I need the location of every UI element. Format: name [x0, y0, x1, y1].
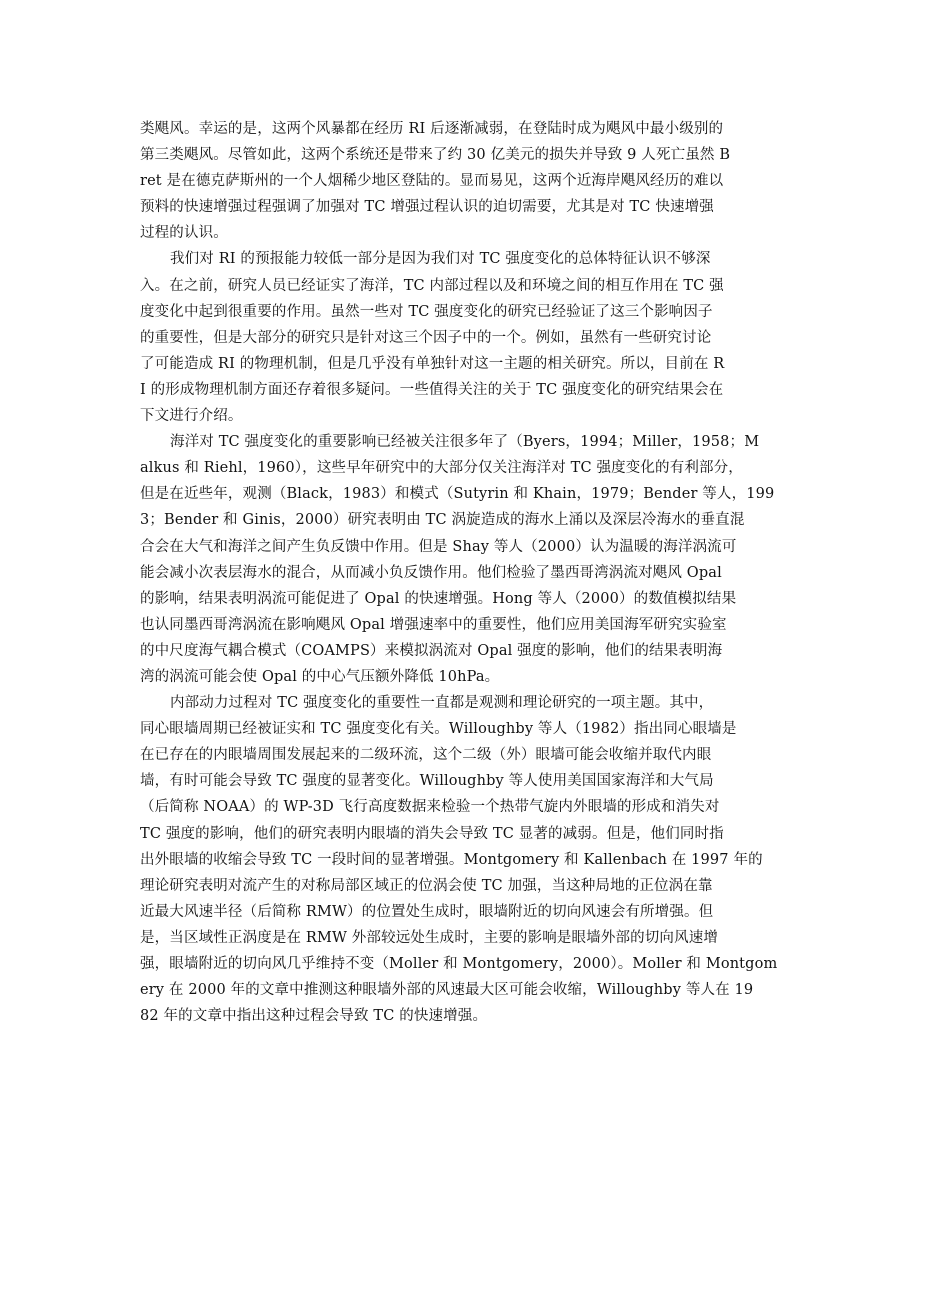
text-line: 的中尺度海气耦合模式（COAMPS）来模拟涡流对 Opal 强度的影响，他们的结…: [140, 638, 790, 664]
text-line: 理论研究表明对流产生的对称局部区域正的位涡会使 TC 加强，当这种局地的正位涡在…: [140, 873, 790, 899]
text-line: 墙，有时可能会导致 TC 强度的显著变化。Willoughby 等人使用美国国家…: [140, 768, 790, 794]
text-line: 度变化中起到很重要的作用。虽然一些对 TC 强度变化的研究已经验证了这三个影响因…: [140, 299, 790, 325]
text-line: 湾的涡流可能会使 Opal 的中心气压额外降低 10hPa。: [140, 664, 790, 690]
text-line: 下文进行介绍。: [140, 403, 790, 429]
text-line: 了可能造成 RI 的物理机制，但是几乎没有单独针对这一主题的相关研究。所以，目前…: [140, 351, 790, 377]
paragraph-internal-dynamics: 内部动力过程对 TC 强度变化的重要性一直都是观测和理论研究的一项主题。其中， …: [140, 690, 790, 1029]
text-line: 内部动力过程对 TC 强度变化的重要性一直都是观测和理论研究的一项主题。其中，: [140, 690, 790, 716]
text-line: 海洋对 TC 强度变化的重要影响已经被关注很多年了（Byers，1994；Mil…: [140, 429, 790, 455]
text-line: （后简称 NOAA）的 WP-3D 飞行高度数据来检验一个热带气旋内外眼墙的形成…: [140, 794, 790, 820]
text-line: 是，当区域性正涡度是在 RMW 外部较远处生成时，主要的影响是眼墙外部的切向风速…: [140, 925, 790, 951]
paragraph-ri-forecast: 我们对 RI 的预报能力较低一部分是因为我们对 TC 强度变化的总体特征认识不够…: [140, 246, 790, 429]
text-line: ery 在 2000 年的文章中推测这种眼墙外部的风速最大区可能会收缩，Will…: [140, 977, 790, 1003]
text-line: 在已存在的内眼墙周围发展起来的二级环流，这个二级（外）眼墙可能会收缩并取代内眼: [140, 742, 790, 768]
text-line: 的影响，结果表明涡流可能促进了 Opal 的快速增强。Hong 等人（2000）…: [140, 586, 790, 612]
paragraph-ocean-influence: 海洋对 TC 强度变化的重要影响已经被关注很多年了（Byers，1994；Mil…: [140, 429, 790, 690]
text-line: 但是在近些年，观测（Black，1983）和模式（Sutyrin 和 Khain…: [140, 481, 790, 507]
text-line: 同心眼墙周期已经被证实和 TC 强度变化有关。Willoughby 等人（198…: [140, 716, 790, 742]
text-line: 能会减小次表层海水的混合，从而减小负反馈作用。他们检验了墨西哥湾涡流对飓风 Op…: [140, 560, 790, 586]
text-line: 过程的认识。: [140, 220, 790, 246]
document-page: 类飓风。幸运的是，这两个风暴都在经历 RI 后逐渐减弱，在登陆时成为飓风中最小级…: [140, 116, 790, 1029]
text-line: 合会在大气和海洋之间产生负反馈中作用。但是 Shay 等人（2000）认为温暖的…: [140, 534, 790, 560]
paragraph-hurricane-impact: 类飓风。幸运的是，这两个风暴都在经历 RI 后逐渐减弱，在登陆时成为飓风中最小级…: [140, 116, 790, 246]
text-line: 82 年的文章中指出这种过程会导致 TC 的快速增强。: [140, 1003, 790, 1029]
text-line: 预料的快速增强过程强调了加强对 TC 增强过程认识的迫切需要，尤其是对 TC 快…: [140, 194, 790, 220]
text-line: alkus 和 Riehl，1960），这些早年研究中的大部分仅关注海洋对 TC…: [140, 455, 790, 481]
text-line: 近最大风速半径（后简称 RMW）的位置处生成时，眼墙附近的切向风速会有所增强。但: [140, 899, 790, 925]
text-line: 入。在之前，研究人员已经证实了海洋，TC 内部过程以及和环境之间的相互作用在 T…: [140, 273, 790, 299]
text-line: ret 是在德克萨斯州的一个人烟稀少地区登陆的。显而易见，这两个近海岸飓风经历的…: [140, 168, 790, 194]
text-line: 类飓风。幸运的是，这两个风暴都在经历 RI 后逐渐减弱，在登陆时成为飓风中最小级…: [140, 116, 790, 142]
text-line: 3；Bender 和 Ginis，2000）研究表明由 TC 涡旋造成的海水上涌…: [140, 507, 790, 533]
text-line: I 的形成物理机制方面还存着很多疑问。一些值得关注的关于 TC 强度变化的研究结…: [140, 377, 790, 403]
text-line: TC 强度的影响，他们的研究表明内眼墙的消失会导致 TC 显著的减弱。但是，他们…: [140, 821, 790, 847]
text-line: 我们对 RI 的预报能力较低一部分是因为我们对 TC 强度变化的总体特征认识不够…: [140, 246, 790, 272]
text-line: 第三类飓风。尽管如此，这两个系统还是带来了约 30 亿美元的损失并导致 9 人死…: [140, 142, 790, 168]
text-line: 的重要性，但是大部分的研究只是针对这三个因子中的一个。例如，虽然有一些研究讨论: [140, 325, 790, 351]
text-line: 也认同墨西哥湾涡流在影响飓风 Opal 增强速率中的重要性，他们应用美国海军研究…: [140, 612, 790, 638]
text-line: 强，眼墙附近的切向风几乎维持不变（Moller 和 Montgomery，200…: [140, 951, 790, 977]
text-line: 出外眼墙的收缩会导致 TC 一段时间的显著增强。Montgomery 和 Kal…: [140, 847, 790, 873]
